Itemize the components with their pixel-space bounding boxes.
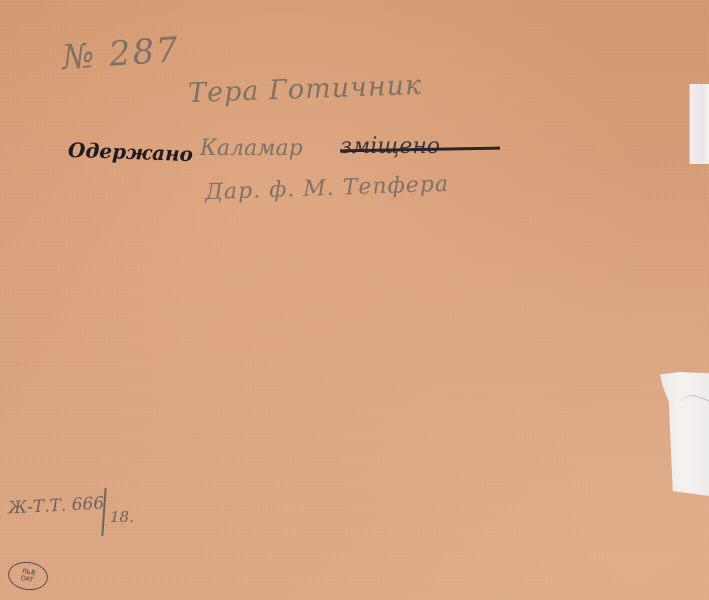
handwritten-title: Тера Готичник [188,70,423,109]
inventory-subnumber: 18. [110,508,134,526]
tape-strip-torn [660,372,709,496]
donation-note: Дар. ф. М. Тепфера [205,172,450,206]
ink-inscription: Одержано [68,138,194,166]
stamp-bottom-text: ОКГ [20,575,35,584]
pencil-inscription: Каламар [200,136,303,161]
catalog-number: № 287 [61,30,181,78]
inventory-number: Ж-Т.Т. 666 [8,493,105,518]
cardboard-backing: № 287 Тера Готичник Одержано Каламар змі… [0,0,709,600]
struck-inscription: зміщено [340,134,440,159]
museum-stamp: ЛЬВ ОКГ [6,559,50,592]
tape-strip-top [689,84,709,164]
